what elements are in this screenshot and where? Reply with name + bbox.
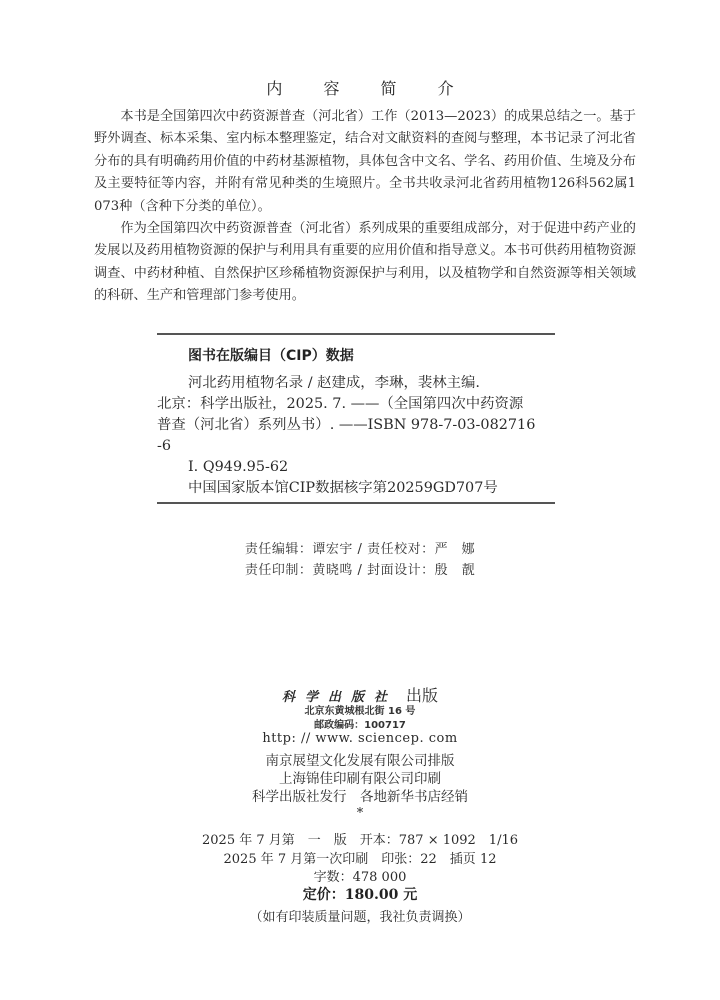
printer: 上海锦佳印刷有限公司印刷 xyxy=(0,767,720,787)
staff-credits: 责任编辑：谭宏宇 / 责任校对：严 娜 责任印制：黄晓鸣 / 封面设计：殷 靓 xyxy=(0,539,720,581)
cip-line-title: 河北药用植物名录 / 赵建成，李琳，裴林主编. xyxy=(157,373,555,394)
intro-paragraph-1: 本书是全国第四次中药资源普查（河北省）工作（2013—2023）的成果总结之一。… xyxy=(94,106,636,218)
publisher-url: http: // www. sciencep. com xyxy=(0,731,720,746)
cip-bottom-rule xyxy=(157,502,555,504)
cip-line-classification: Ⅰ. Q949.95-62 xyxy=(157,457,555,478)
page-title: 内 容 简 介 xyxy=(0,76,720,99)
quality-notice: （如有印装质量问题，我社负责调换） xyxy=(0,906,720,925)
staff-line-editors: 责任编辑：谭宏宇 / 责任校对：严 娜 xyxy=(0,539,720,560)
staff-line-production: 责任印制：黄晓鸣 / 封面设计：殷 靓 xyxy=(0,560,720,581)
cip-data-block: 河北药用植物名录 / 赵建成，李琳，裴林主编. 北京：科学出版社，2025. 7… xyxy=(157,373,555,499)
word-count: 字数：478 000 xyxy=(0,866,720,885)
distribution: 科学出版社发行 各地新华书店经销 xyxy=(0,785,720,805)
intro-paragraph-2: 作为全国第四次中药资源普查（河北省）系列成果的重要组成部分，对于促进中药产业的发… xyxy=(94,218,636,308)
separator-asterisk: * xyxy=(0,806,720,821)
cip-top-rule xyxy=(157,333,555,335)
publisher-postcode: 邮政编码：100717 xyxy=(0,716,720,731)
typesetter: 南京展望文化发展有限公司排版 xyxy=(0,749,720,769)
cip-line-isbn-end: -6 xyxy=(157,436,555,457)
printing-info: 2025 年 7 月第一次印刷 印张：22 插页 12 xyxy=(0,848,720,867)
cip-line-record-number: 中国国家版本馆CIP数据核字第20259GD707号 xyxy=(157,478,555,499)
cip-line-series: 普查（河北省）系列丛书）. ——ISBN 978-7-03-082716 xyxy=(157,415,555,436)
cip-heading: 图书在版编目（CIP）数据 xyxy=(188,345,354,365)
intro-section: 本书是全国第四次中药资源普查（河北省）工作（2013—2023）的成果总结之一。… xyxy=(94,106,636,308)
publisher-address: 北京东黄城根北街 16 号 xyxy=(0,702,720,717)
cip-line-publisher: 北京：科学出版社，2025. 7. ——（全国第四次中药资源 xyxy=(157,394,555,415)
edition-info: 2025 年 7 月第 一 版 开本：787 × 1092 1/16 xyxy=(0,829,720,848)
price: 定价：180.00 元 xyxy=(0,884,720,904)
